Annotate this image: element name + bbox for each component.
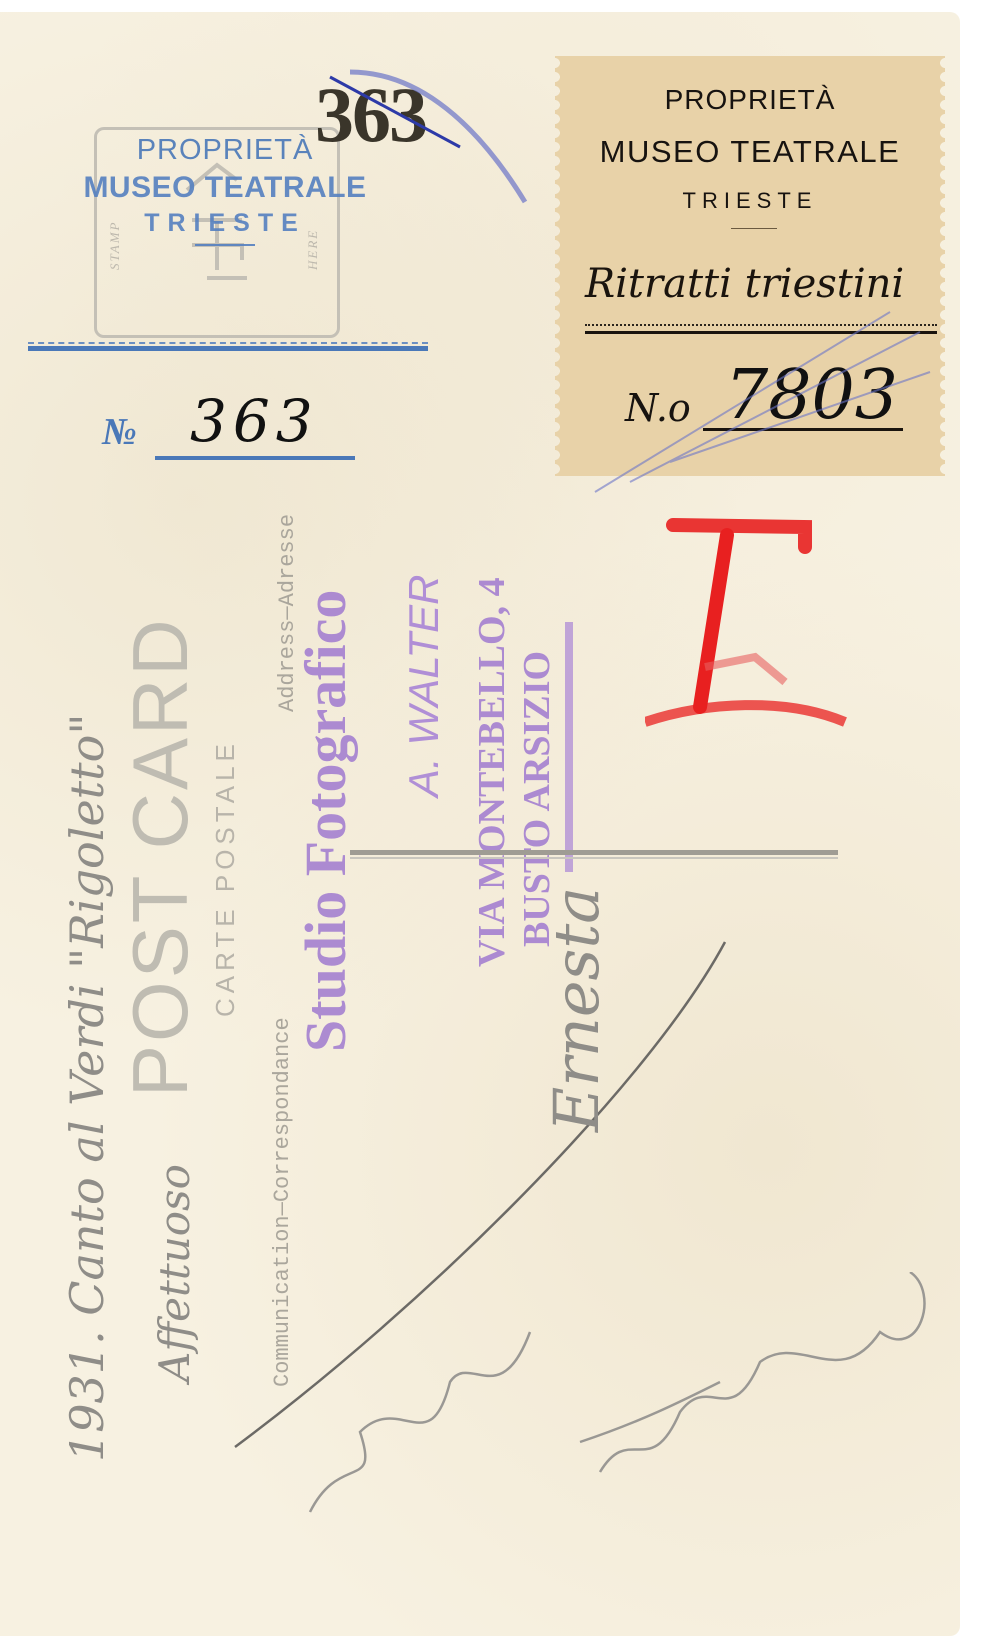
museum-stamp-rule: [195, 244, 255, 246]
number-rule: [155, 456, 355, 460]
dotted-rule: [28, 342, 428, 344]
photographer-stamp-street: VIA MONTEBELLO, 4: [470, 577, 514, 967]
blue-pencil-scribble-icon: [590, 292, 950, 512]
label-line3: TRIESTE: [555, 188, 945, 214]
postcard-back: STAMP HERE PROPRIETÀ MUSEO TEATRALE TRIE…: [0, 12, 960, 1636]
number-label: №: [102, 410, 137, 454]
blue-rule: [28, 346, 428, 351]
purple-stamp-bar: [565, 622, 573, 872]
handwritten-note-2: Affettuoso: [150, 1164, 199, 1382]
address-line: [350, 850, 838, 855]
address-line-shadow: [350, 857, 838, 859]
pencil-signature-icon: [300, 1272, 940, 1572]
label-line2: MUSEO TEATRALE: [555, 134, 945, 170]
post-card-title: POST CARD: [115, 616, 206, 1097]
photographer-stamp-name: A. WALTER: [400, 575, 448, 798]
red-pencil-mark-icon: [645, 517, 855, 737]
handwritten-note-1: 1931. Canto al Verdi "Rigoletto": [60, 713, 114, 1462]
handwritten-number: 363: [190, 387, 319, 455]
handwritten-dedication: Ernesta: [540, 887, 613, 1132]
blue-pencil-strike-icon: [310, 52, 540, 222]
label-separator: [731, 228, 777, 229]
label-line1: PROPRIETÀ: [555, 84, 945, 116]
